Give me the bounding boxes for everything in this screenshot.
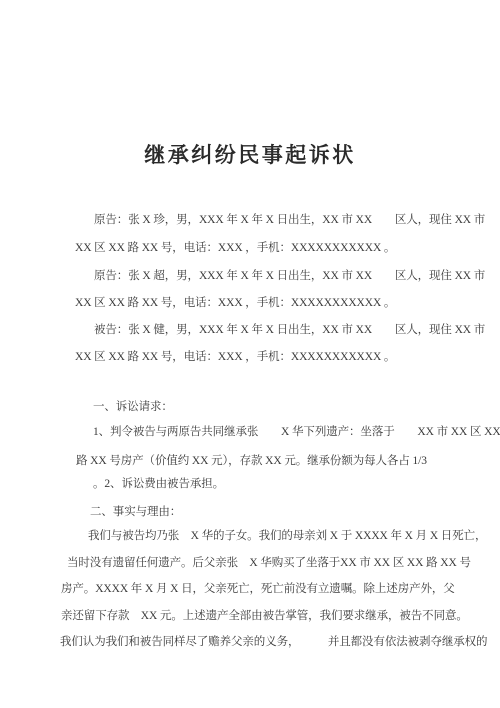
claim-1-line2: 路 XX 号房产（价值约 XX 元），存款 XX 元。继承份额为每人各占 1/3	[76, 454, 427, 468]
party-plaintiff1-line1: 原告：张 X 珍，男，XXX 年 X 年 X 日出生，XX 市 XX 区人，现住…	[94, 213, 485, 227]
party-defendant-line2: XX 区 XX 路 XX 号，电话：XXX ，手机：XXXXXXXXXXX 。	[75, 350, 395, 364]
section-claims-heading: 一、诉讼请求：	[93, 400, 173, 414]
claim-1-line1: 1、判令被告与两原告共同继承张 X 华下列遗产：坐落于 XX 市 XX 区 XX	[93, 425, 500, 439]
facts-line3: 房产。XXXX 年 X 月 X 日，父亲死亡，死亡前没有立遗嘱。除上述房产外，父	[61, 582, 455, 596]
party-plaintiff2-line2: XX 区 XX 路 XX 号，电话：XXX ，手机：XXXXXXXXXXX 。	[75, 296, 395, 310]
facts-line1: 我们与被告均乃张 X 华的子女。我们的母亲刘 X 于 XXXX 年 X 月 X …	[88, 529, 486, 543]
document-title: 继承纠纷民事起诉状	[0, 139, 500, 169]
party-plaintiff1-line2: XX 区 XX 路 XX 号，电话：XXX ，手机：XXXXXXXXXXX 。	[75, 241, 395, 255]
facts-line5: 我们认为我们和被告同样尽了赡养父亲的义务， 并且都没有依法被剥夺继承权的	[60, 635, 487, 649]
facts-line4: 亲还留下存款 XX 元。上述遗产全部由被告掌管，我们要求继承，被告不同意。	[61, 609, 468, 623]
party-defendant-line1: 被告：张 X 健，男，XXX 年 X 年 X 日出生，XX 市 XX 区人，现住…	[94, 323, 485, 337]
facts-line2: 当时没有遗留任何遗产。后父亲张 X 华购买了坐落于XX 市 XX 区 XX 路 …	[67, 556, 471, 570]
section-facts-heading: 二、事实与理由：	[90, 505, 181, 519]
claim-2: 。2、诉讼费由被告承担。	[93, 477, 224, 491]
party-plaintiff2-line1: 原告：张 X 超，男，XXX 年 X 年 X 日出生，XX 市 XX 区人，现住…	[94, 269, 485, 283]
document-page: 继承纠纷民事起诉状 原告：张 X 珍，男，XXX 年 X 年 X 日出生，XX …	[0, 0, 500, 708]
